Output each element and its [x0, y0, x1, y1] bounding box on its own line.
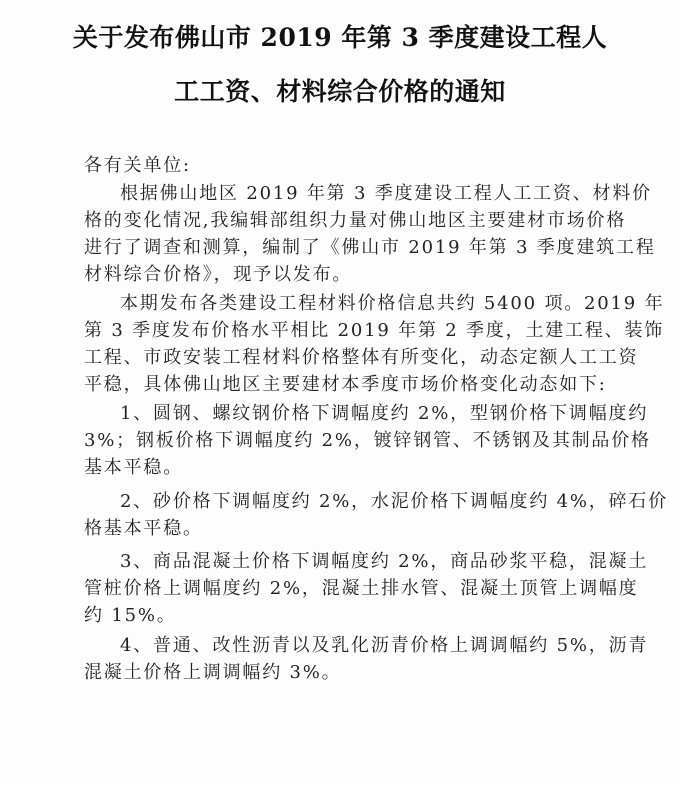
list-item-concrete: 3、商品混凝土价格下调幅度约 2%，商品砂浆平稳，混凝土 管桩价格上调幅度约 2…: [84, 548, 620, 629]
paragraph-line: 3、商品混凝土价格下调幅度约 2%，商品砂浆平稳，混凝土: [84, 548, 620, 575]
paragraph-line: 1、圆钢、螺纹钢价格下调幅度约 2%，型钢价格下调幅度约: [84, 400, 620, 427]
paragraph-line: 工程、市政安装工程材料价格整体有所变化，动态定额人工工资: [84, 344, 620, 371]
paragraph-line: 格基本平稳。: [84, 515, 620, 542]
paragraph-line: 约 15%。: [84, 602, 620, 629]
paragraph-line: 第 3 季度发布价格水平相比 2019 年第 2 季度，土建工程、装饰: [84, 317, 620, 344]
document-title-line-2: 工工资、材料综合价格的通知: [0, 72, 680, 108]
salutation: 各有关单位:: [84, 152, 620, 179]
list-item-steel: 1、圆钢、螺纹钢价格下调幅度约 2%，型钢价格下调幅度约 3%；钢板价格下调幅度…: [84, 400, 620, 481]
salutation-text: 各有关单位:: [84, 152, 620, 179]
paragraph-line: 混凝土价格上调调幅约 3%。: [84, 659, 620, 686]
paragraph-line: 本期发布各类建设工程材料价格信息共约 5400 项。2019 年: [84, 290, 620, 317]
paragraph-line: 4、普通、改性沥青以及乳化沥青价格上调调幅约 5%，沥青: [84, 632, 620, 659]
paragraph-line: 根据佛山地区 2019 年第 3 季度建设工程人工工资、材料价: [84, 180, 620, 207]
paragraph-line: 平稳，具体佛山地区主要建材本季度市场价格变化动态如下:: [84, 371, 620, 398]
paragraph-line: 2、砂价格下调幅度约 2%，水泥价格下调幅度约 4%，碎石价: [84, 488, 620, 515]
paragraph-line: 材料综合价格》，现予以发布。: [84, 261, 620, 288]
paragraph-line: 3%；钢板价格下调幅度约 2%，镀锌钢管、不锈钢及其制品价格: [84, 427, 620, 454]
paragraph-summary: 本期发布各类建设工程材料价格信息共约 5400 项。2019 年 第 3 季度发…: [84, 290, 620, 398]
paragraph-line: 进行了调查和测算，编制了《佛山市 2019 年第 3 季度建筑工程: [84, 234, 620, 261]
list-item-asphalt: 4、普通、改性沥青以及乳化沥青价格上调调幅约 5%，沥青 混凝土价格上调调幅约 …: [84, 632, 620, 686]
paragraph-line: 基本平稳。: [84, 454, 620, 481]
paragraph-line: 管桩价格上调幅度约 2%，混凝土排水管、混凝土顶管上调幅度: [84, 575, 620, 602]
list-item-sand-cement: 2、砂价格下调幅度约 2%，水泥价格下调幅度约 4%，碎石价 格基本平稳。: [84, 488, 620, 542]
document-page: 关于发布佛山市 2019 年第 3 季度建设工程人 工工资、材料综合价格的通知 …: [0, 0, 680, 786]
paragraph-intro: 根据佛山地区 2019 年第 3 季度建设工程人工工资、材料价 格的变化情况,我…: [84, 180, 620, 288]
document-title-line-1: 关于发布佛山市 2019 年第 3 季度建设工程人: [0, 18, 680, 54]
paragraph-line: 格的变化情况,我编辑部组织力量对佛山地区主要建材市场价格: [84, 207, 620, 234]
